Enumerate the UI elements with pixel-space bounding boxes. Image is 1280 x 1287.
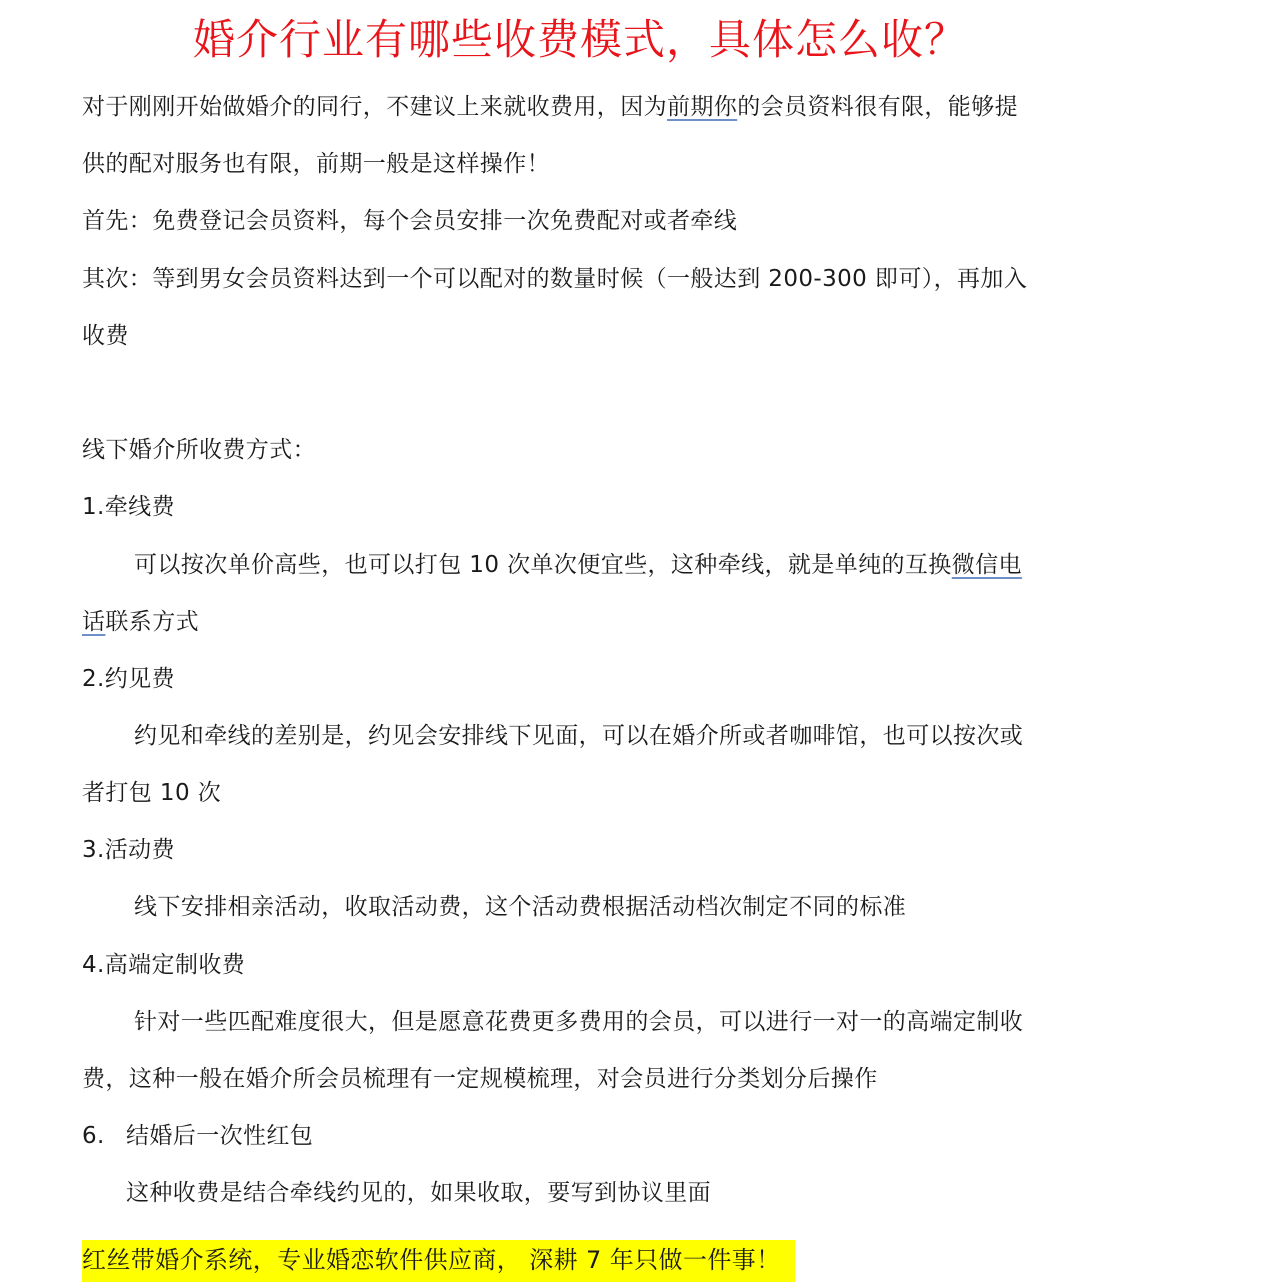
intro-text: 对于刚刚开始做婚介的同行，不建议上来就收费用，因为: [82, 94, 667, 120]
item-body-6-line-1: 这种收费是结合牵线约见的，如果收取，要写到协议里面: [126, 1178, 711, 1208]
footer-promo: 红丝带婚介系统，专业婚恋软件供应商， 深耕 7 年只做一件事！: [82, 1245, 795, 1275]
spellcheck-underlined-text: 前期你: [667, 94, 737, 120]
item-heading-text: 结婚后一次性红包: [126, 1123, 313, 1149]
item-body-1-line-1: 可以按次单价高些，也可以打包 10 次单次便宜些，这种牵线，就是单纯的互换微信电: [134, 550, 1022, 580]
spellcheck-underlined-text: 微信电: [952, 552, 1022, 578]
item-number: 6.: [82, 1121, 126, 1151]
item-text: 可以按次单价高些，也可以打包 10 次单次便宜些，这种牵线，就是单纯的互换: [134, 552, 952, 578]
item-heading-6: 6.结婚后一次性红包: [82, 1121, 313, 1151]
item-heading-1: 1.牵线费: [82, 492, 175, 522]
intro-text: 的会员资料很有限，能够提: [737, 94, 1018, 120]
section-heading: 线下婚介所收费方式：: [82, 435, 316, 465]
item-heading-3: 3.活动费: [82, 835, 175, 865]
intro-line-1: 对于刚刚开始做婚介的同行，不建议上来就收费用，因为前期你的会员资料很有限，能够提: [82, 92, 1018, 122]
step-second-line-1: 其次：等到男女会员资料达到一个可以配对的数量时候（一般达到 200-300 即可…: [82, 264, 1027, 294]
intro-line-2: 供的配对服务也有限，前期一般是这样操作！: [82, 149, 550, 179]
item-body-4-line-2: 费，这种一般在婚介所会员梳理有一定规模梳理，对会员进行分类划分后操作: [82, 1064, 878, 1094]
item-body-2-line-2: 者打包 10 次: [82, 778, 221, 808]
spellcheck-underlined-text: 话: [82, 609, 105, 635]
item-body-4-line-1: 针对一些匹配难度很大，但是愿意花费更多费用的会员，可以进行一对一的高端定制收: [134, 1007, 1023, 1037]
step-first: 首先：免费登记会员资料，每个会员安排一次免费配对或者牵线: [82, 206, 737, 236]
item-text: 联系方式: [105, 609, 199, 635]
highlighted-promo-text: 红丝带婚介系统，专业婚恋软件供应商， 深耕 7 年只做一件事！: [82, 1240, 795, 1282]
item-body-3-line-1: 线下安排相亲活动，收取活动费，这个活动费根据活动档次制定不同的标准: [134, 892, 906, 922]
document-title: 婚介行业有哪些收费模式，具体怎么收？: [0, 12, 1160, 68]
item-body-2-line-1: 约见和牵线的差别是，约见会安排线下见面，可以在婚介所或者咖啡馆，也可以按次或: [134, 721, 1023, 751]
item-heading-4: 4.高端定制收费: [82, 950, 245, 980]
step-second-line-2: 收费: [82, 321, 129, 351]
item-body-1-line-2: 话联系方式: [82, 607, 199, 637]
item-heading-2: 2.约见费: [82, 664, 175, 694]
